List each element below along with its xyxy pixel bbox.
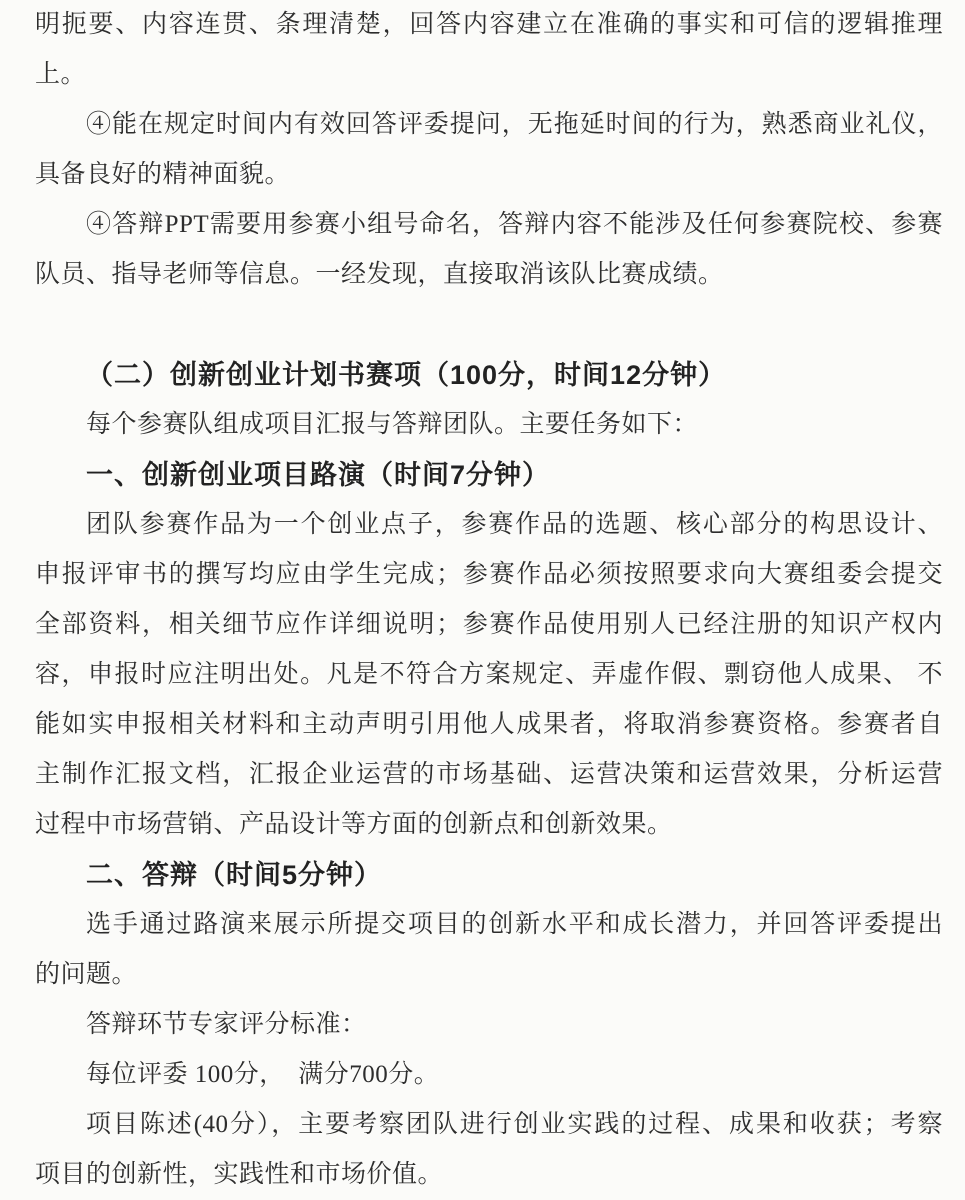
text-line: 全部资料，相关细节应作详细说明；参赛作品使用别人已经注册的知识产权内	[35, 600, 943, 650]
text-line: 答辩环节专家评分标准：	[35, 1000, 943, 1050]
section-heading-defense: 二、答辩（时间5分钟）	[35, 850, 943, 900]
text-line: 每位评委 100分， 满分700分。	[35, 1050, 943, 1100]
text-line: 容，申报时应注明出处。凡是不符合方案规定、弄虚作假、剽窃他人成果、 不	[35, 650, 943, 700]
text-line: 上。	[35, 50, 943, 100]
text-line: 队员、指导老师等信息。一经发现，直接取消该队比赛成绩。	[35, 250, 943, 300]
section-heading-plan-book: （二）创新创业计划书赛项（100分，时间12分钟）	[35, 350, 943, 400]
text-line: 主制作汇报文档，汇报企业运营的市场基础、运营决策和运营效果，分析运营	[35, 750, 943, 800]
text-line: 明扼要、内容连贯、条理清楚，回答内容建立在准确的事实和可信的逻辑推理	[35, 0, 943, 50]
text-line: 能如实申报相关材料和主动声明引用他人成果者，将取消参赛资格。参赛者自	[35, 700, 943, 750]
document-page: 明扼要、内容连贯、条理清楚，回答内容建立在准确的事实和可信的逻辑推理 上。 ④能…	[0, 0, 965, 1200]
section-heading-roadshow: 一、创新创业项目路演（时间7分钟）	[35, 450, 943, 500]
text-line: 项目的创新性，实践性和市场价值。	[35, 1150, 943, 1200]
text-line: 申报评审书的撰写均应由学生完成；参赛作品必须按照要求向大赛组委会提交	[35, 550, 943, 600]
text-line: 每个参赛队组成项目汇报与答辩团队。主要任务如下：	[35, 400, 943, 450]
text-line: ④能在规定时间内有效回答评委提问，无拖延时间的行为，熟悉商业礼仪，	[35, 100, 943, 150]
text-line: 选手通过路演来展示所提交项目的创新水平和成长潜力，并回答评委提出	[35, 900, 943, 950]
text-line: 的问题。	[35, 950, 943, 1000]
blank-line	[35, 300, 943, 350]
text-line: 团队参赛作品为一个创业点子，参赛作品的选题、核心部分的构思设计、	[35, 500, 943, 550]
text-line: 具备良好的精神面貌。	[35, 150, 943, 200]
text-line: 项目陈述(40分），主要考察团队进行创业实践的过程、成果和收获；考察	[35, 1100, 943, 1150]
text-line: 过程中市场营销、产品设计等方面的创新点和创新效果。	[35, 800, 943, 850]
text-line: ④答辩PPT需要用参赛小组号命名，答辩内容不能涉及任何参赛院校、参赛	[35, 200, 943, 250]
